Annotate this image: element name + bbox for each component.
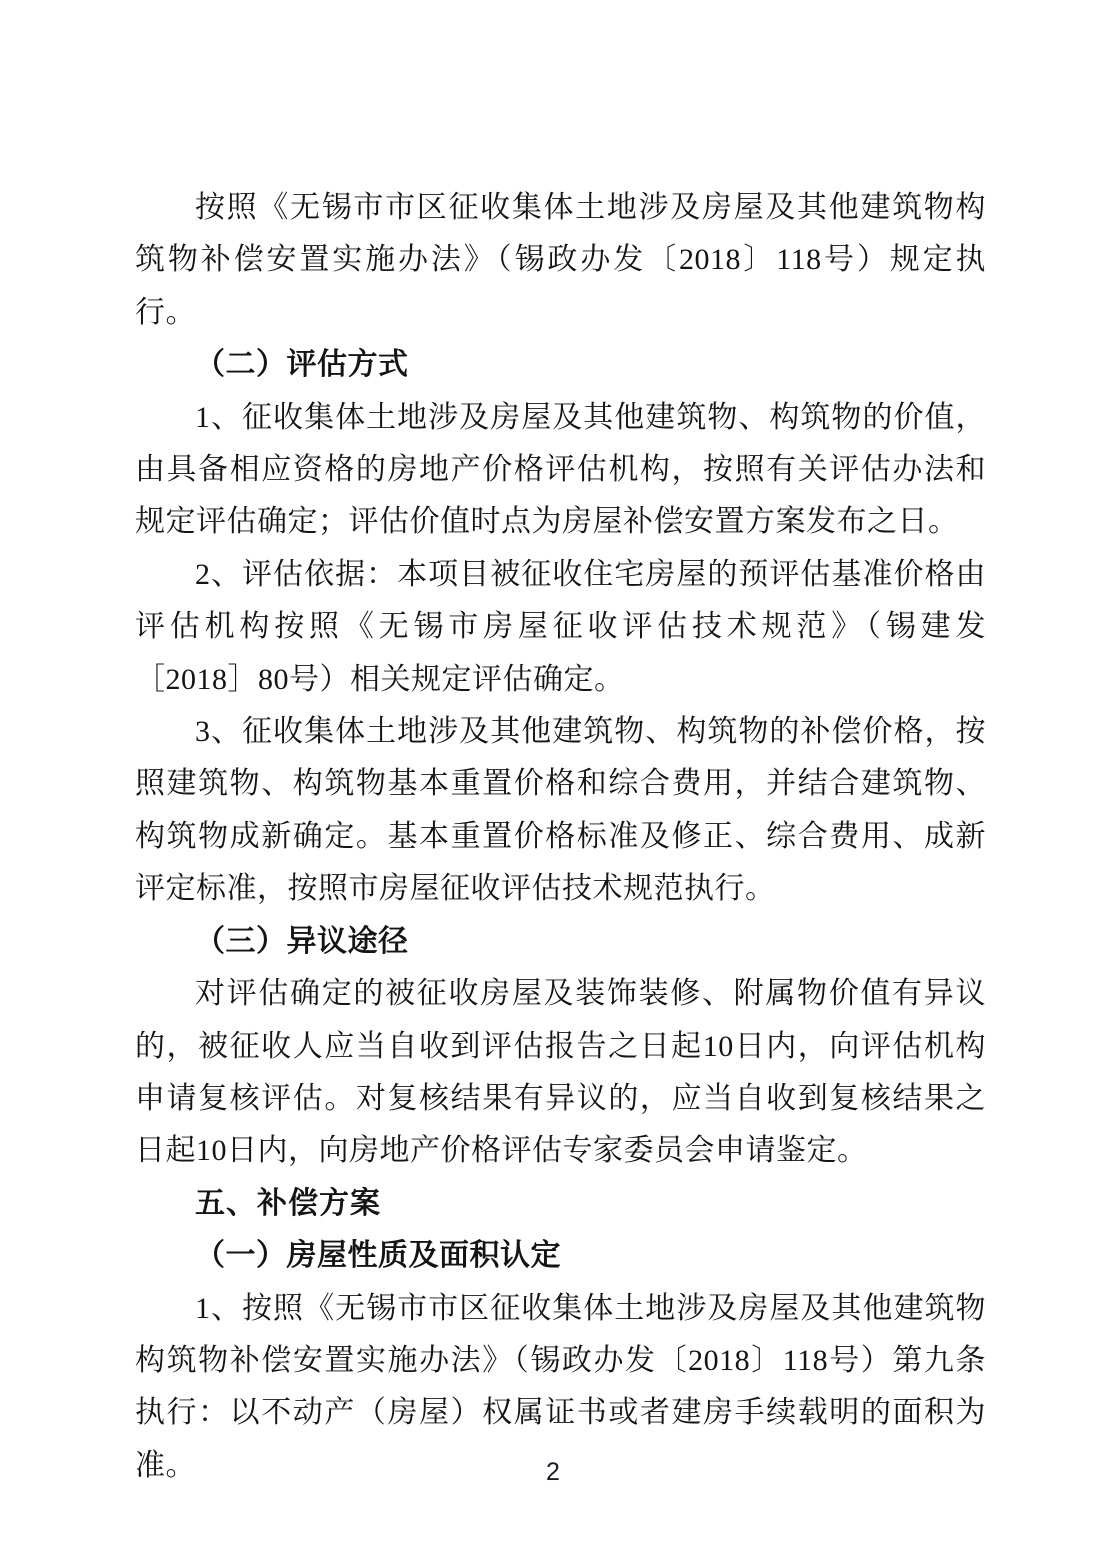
page-number: 2 <box>0 1458 1106 1487</box>
paragraph-compensation-basis: 按照《无锡市市区征收集体土地涉及房屋及其他建筑物构筑物补偿安置实施办法》（锡政办… <box>135 182 986 339</box>
heading-house-nature-area: （一）房屋性质及面积认定 <box>135 1230 986 1282</box>
paragraph-objection-procedure: 对评估确定的被征收房屋及装饰装修、附属物价值有异议的，被征收人应当自收到评估报告… <box>135 968 986 1178</box>
heading-assessment-method: （二）评估方式 <box>135 339 986 391</box>
paragraph-assessment-structures: 3、征收集体土地涉及其他建筑物、构筑物的补偿价格，按照建筑物、构筑物基本重置价格… <box>135 706 986 916</box>
document-body: 按照《无锡市市区征收集体土地涉及房屋及其他建筑物构筑物补偿安置实施办法》（锡政办… <box>135 182 986 1492</box>
paragraph-assessment-value: 1、征收集体土地涉及房屋及其他建筑物、构筑物的价值，由具备相应资格的房地产价格评… <box>135 392 986 549</box>
paragraph-assessment-basis: 2、评估依据：本项目被征收住宅房屋的预评估基准价格由评估机构按照《无锡市房屋征收… <box>135 549 986 706</box>
document-page: 按照《无锡市市区征收集体土地涉及房屋及其他建筑物构筑物补偿安置实施办法》（锡政办… <box>0 0 1106 1559</box>
heading-objection-channel: （三）异议途径 <box>135 916 986 968</box>
heading-compensation-plan: 五、补偿方案 <box>135 1178 986 1230</box>
